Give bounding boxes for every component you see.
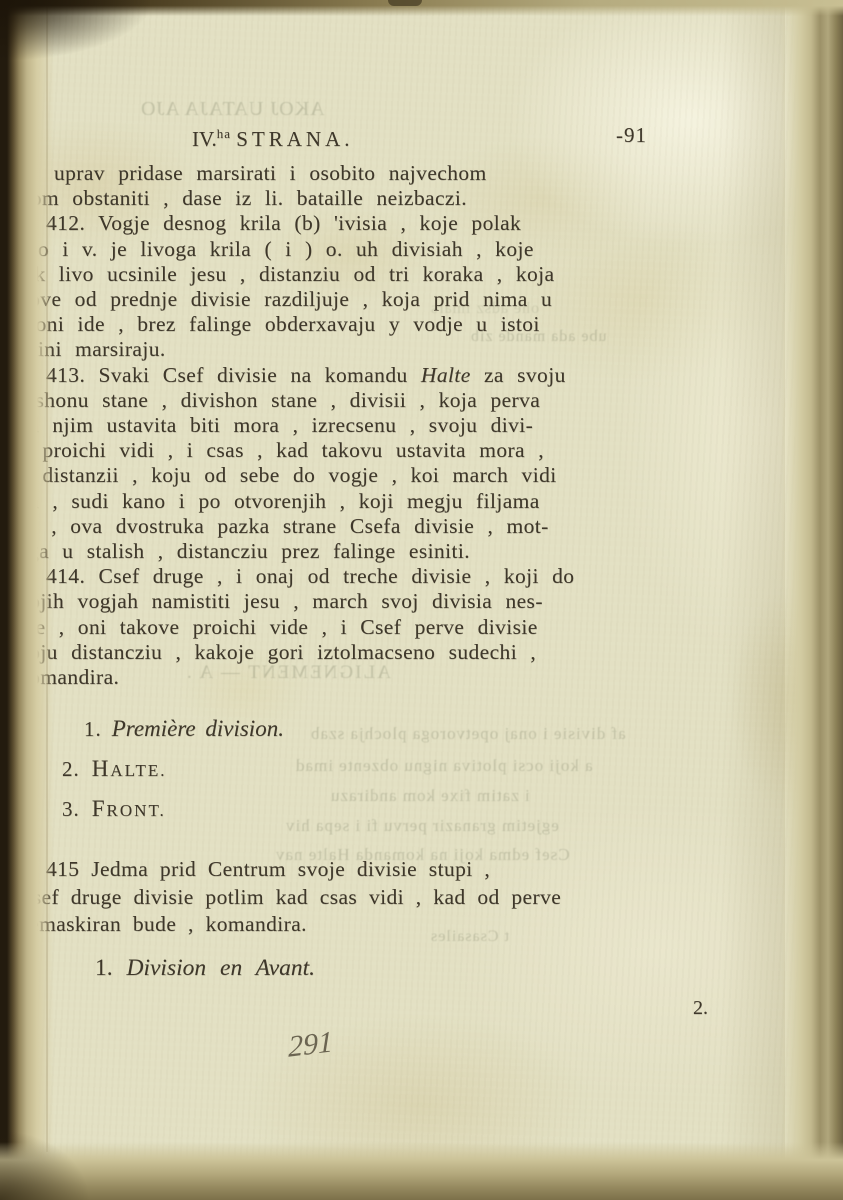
- page-number: -91: [616, 123, 647, 148]
- signature-mark: 2.: [693, 997, 708, 1020]
- list-item-label: Halte.: [92, 756, 167, 782]
- term-halte: Halte: [421, 363, 471, 387]
- bleed-through-text: af divisie i onaj opetvoroga plochja sza…: [310, 724, 626, 744]
- list-item: 2.Halte.: [62, 756, 284, 796]
- body-text-line: o distanzii , koju od sebe do vogje , ko…: [18, 463, 698, 488]
- body-text-line: 415 Jedma prid Centrum svoje divisie stu…: [18, 856, 698, 884]
- line-segment: za svoju: [471, 363, 566, 387]
- body-text-line: voju distancziu , kakoje gori iztolmacse…: [18, 640, 698, 665]
- closing-command: 1. Division en Avant.: [95, 955, 315, 982]
- body-text-line: ed njim ustavita biti mora , izrecsenu ,…: [18, 413, 698, 438]
- line-segment: 413. Svaki Csef divisie na komandu: [46, 363, 421, 387]
- body-text-line: ega u stalish , distancziu prez falinge …: [18, 539, 698, 564]
- body-text-line: kove od prednje divisie razdiljuje , koj…: [18, 287, 698, 312]
- list-item: 3.Front.: [62, 796, 284, 836]
- section-number: IV.: [192, 127, 217, 151]
- list-item: 1.Première division.: [84, 716, 284, 756]
- closing-label: Division en Avant.: [127, 955, 316, 981]
- list-item-number: 3.: [62, 797, 80, 821]
- page-curvature-shadow: [721, 0, 785, 1200]
- list-item-number: 1.: [84, 717, 102, 741]
- top-edge-nick: [388, 0, 422, 6]
- body-text-line: 412. Vogje desnog krila (b) 'ivisia , ko…: [18, 211, 698, 236]
- page-edge-top: [0, 0, 843, 16]
- body-text-line: uprav pridase marsirati i osobito najvec…: [18, 161, 698, 186]
- body-text-line: su , ova dvostruka pazka strane Csefa di…: [18, 514, 698, 539]
- list-item-label: Front.: [92, 796, 166, 822]
- body-text-line: demaskiran bude , komandira.: [18, 911, 698, 939]
- bleed-through-text: i zatim fixe kom andirazu: [330, 786, 530, 806]
- body-text-line: u proichi vidi , i csas , kad takovu ust…: [18, 438, 698, 463]
- bleed-through-text: AKOJ UATAJA AJO: [140, 98, 325, 121]
- body-text-line: sno i v. je livoga krila ( i ) o. uh div…: [18, 237, 698, 262]
- page-edge-bottom: [0, 1142, 843, 1200]
- body-text-line: komandira.: [18, 665, 698, 690]
- list-item-label: Première division.: [112, 716, 284, 741]
- book-page-scan: AKOJ UATAJA AJO ube ada mande zib ALIGNE…: [0, 0, 843, 1200]
- body-text-line: ljom obstaniti , dase iz li. bataille ne…: [18, 186, 698, 211]
- body-text-line: Csef druge divisie potlim kad csas vidi …: [18, 884, 698, 912]
- dark-corner-top-left: [0, 0, 150, 60]
- bleed-through-text: a koji ocsi plotiva nignu obzente imad: [295, 756, 593, 776]
- body-text-line: 414. Csef druge , i onaj od treche divis…: [18, 564, 698, 589]
- body-text-line: ershonu stane , divishon stane , divisii…: [18, 388, 698, 413]
- handwritten-folio-number: 291: [288, 1025, 333, 1065]
- body-text-line: ide , oni takove proichi vide , i Csef p…: [18, 615, 698, 640]
- body-text-line: lak livo ucsinile jesu , distanziu od tr…: [18, 262, 698, 287]
- command-list: 1.Première division. 2.Halte. 3.Front.: [62, 716, 284, 836]
- running-head: IV.ha STRANA.: [192, 126, 354, 152]
- bleed-through-text: egjetim granazir pervu fi i sepa hiv: [285, 816, 559, 836]
- dark-corner-bottom-left: [0, 1130, 90, 1200]
- body-text-line: shini marsiraju.: [18, 337, 698, 362]
- body-text-line: vojih vogjah namistiti jesu , march svoj…: [18, 589, 698, 614]
- body-text-line: 413. Svaki Csef divisie na komandu Halte…: [18, 363, 698, 388]
- paragraph-415: 415 Jedma prid Centrum svoje divisie stu…: [18, 856, 698, 939]
- section-title: STRANA.: [236, 127, 353, 151]
- section-suffix: ha: [217, 126, 231, 141]
- body-text: uprav pridase marsirati i osobito najvec…: [18, 161, 698, 690]
- body-text-line: na , sudi kano i po otvorenjih , koji me…: [18, 489, 698, 514]
- body-text-line: oloni ide , brez falinge obderxavaju y v…: [18, 312, 698, 337]
- list-item-number: 2.: [62, 757, 80, 781]
- page-stack-edge-right: [781, 0, 843, 1200]
- closing-number: 1.: [95, 955, 113, 981]
